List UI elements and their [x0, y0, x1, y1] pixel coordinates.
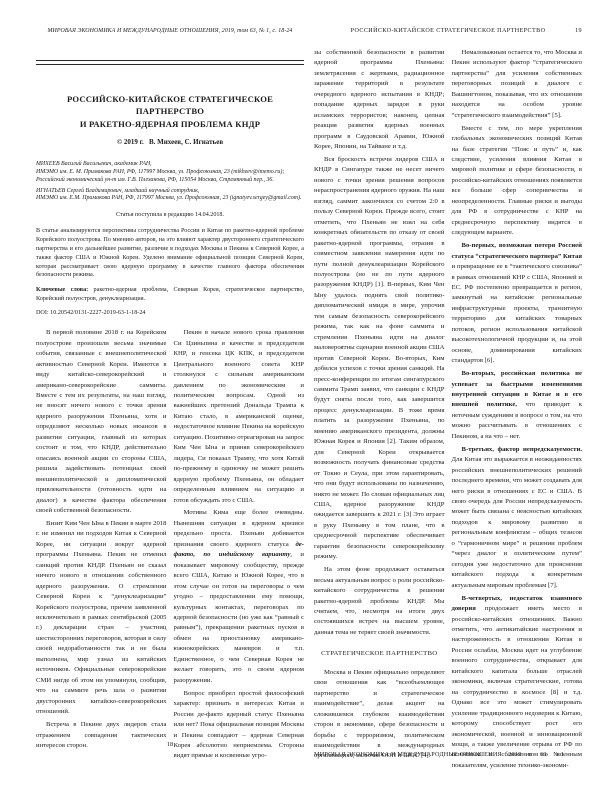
journal-running-head-left: МИРОВАЯ ЭКОНОМИКА И МЕЖДУНАРОДНЫЕ ОТНОШЕ… [36, 28, 304, 34]
body-text: Пекин в начале нового срока правления Си… [174, 329, 305, 503]
body-text: Вопрос приобрел простой философский хара… [174, 690, 305, 760]
paragraph: Вся броскость встречи лидеров США и КНДР… [314, 155, 445, 563]
paragraph: Москва и Пекин официально определяют сво… [314, 668, 445, 762]
article-byline: © 2019 г. В. Михеев, С. Игнатьев [36, 138, 304, 146]
affiliation-line: Российский экономический ун-т им. Г.В. П… [36, 177, 304, 185]
paragraph: Немаловажным остается то, что Москва и П… [452, 48, 583, 121]
article-title-line1: РОССИЙСКО-КИТАЙСКОЕ СТРАТЕГИЧЕСКОЕ ПАРТН… [67, 94, 273, 117]
body-text: Для Китая это выражается в неожиданностя… [452, 456, 583, 588]
page-19: РОССИЙСКО-КИТАЙСКОЕ СТРАТЕГИЧЕСКОЕ ПАРТН… [314, 28, 582, 778]
doi: DOI: 10.20542/0131-2227-2019-63-1-18-24 [36, 310, 304, 316]
body-text: Москва и Пекин официально определяют сво… [314, 669, 445, 760]
body-column-1: В первой половине 2018 г. на Корейском п… [36, 328, 167, 764]
keywords: Ключевые слова: ракетно-ядерная проблема… [36, 286, 304, 304]
emphasized-text: В-третьих, фактор непредсказуемости. [462, 446, 583, 453]
body-text: Вся броскость встречи лидеров США и КНДР… [314, 156, 445, 560]
body-columns-left-page: В первой половине 2018 г. на Корейском п… [36, 328, 304, 764]
received-date: Статья поступила в редакцию 14.04.2018. [36, 212, 304, 218]
article-title-line2: И РАКЕТНО-ЯДЕРНАЯ ПРОБЛЕМА КНДР [80, 119, 260, 129]
page-18: МИРОВАЯ ЭКОНОМИКА И МЕЖДУНАРОДНЫЕ ОТНОШЕ… [36, 28, 304, 778]
paragraph: В-четвертых, недостаток взаимного довери… [452, 594, 583, 772]
paragraph: Мотивы Кима еще более очевидны. Нынешняя… [174, 508, 305, 686]
header-rule [36, 60, 304, 65]
journal-footer: МИРОВАЯ ЭКОНОМИКА И МЕЖДУНАРОДНЫЕ ОТНОШЕ… [314, 751, 582, 758]
body-text: Немаловажным остается то, что Москва и П… [452, 49, 583, 119]
emphasized-text: Во-первых, возможная потеря Россией стат… [452, 242, 583, 259]
affiliation-line: ИМЭМО им. Е. М. Примакова РАН, РФ, 11799… [36, 169, 304, 177]
body-column-4: Немаловажным остается то, что Москва и П… [452, 48, 583, 774]
running-head-right: РОССИЙСКО-КИТАЙСКОЕ СТРАТЕГИЧЕСКОЕ ПАРТН… [314, 28, 582, 34]
body-text: Визит Ким Чен Ына в Пекин в марте 2018 г… [36, 520, 167, 715]
affiliation-line: МИХЕЕВ Василий Васильевич, академик РАН, [36, 161, 304, 169]
section-heading: СТРАТЕГИЧЕСКОЕ ПАРТНЕРСТВО [314, 649, 445, 659]
page-number-left: 18 [36, 741, 304, 748]
body-columns-right-page: зы собственной безопасности в развитии я… [314, 48, 582, 774]
paragraph: Визит Ким Чен Ына в Пекин в марте 2018 г… [36, 519, 167, 718]
paragraph: зы собственной безопасности в развитии я… [314, 48, 445, 153]
body-text: , и показывает мировому сообществу, преж… [174, 551, 305, 683]
body-text: зы собственной безопасности в развитии я… [314, 49, 445, 150]
body-text: Вместе с тем, по мере укрепления глобаль… [452, 125, 583, 237]
body-text: продолжает иметь место в российско-китай… [452, 605, 583, 769]
running-head-right-text: РОССИЙСКО-КИТАЙСКОЕ СТРАТЕГИЧЕСКОЕ ПАРТН… [351, 28, 546, 34]
paragraph: На этом фоне продолжает оставаться весьм… [314, 565, 445, 638]
paragraph: Во-вторых, российская политика не успева… [452, 369, 583, 442]
paragraph: Пекин в начале нового срока правления Си… [174, 328, 305, 506]
article-title: РОССИЙСКО-КИТАЙСКОЕ СТРАТЕГИЧЕСКОЕ ПАРТН… [40, 93, 300, 132]
abstract: В статье анализируются перспективы сотру… [36, 227, 304, 280]
paragraph: Вопрос приобрел простой философский хара… [174, 689, 305, 762]
body-column-3: зы собственной безопасности в развитии я… [314, 48, 445, 774]
author-affiliations: МИХЕЕВ Василий Васильевич, академик РАН,… [36, 161, 304, 203]
body-text: Мотивы Кима еще более очевидны. Нынешняя… [174, 509, 305, 547]
paragraph: Во-первых, возможная потеря Россией стат… [452, 241, 583, 366]
paragraph: Вместе с тем, по мере укрепления глобаль… [452, 124, 583, 239]
body-column-2: Пекин в начале нового срока правления Си… [174, 328, 305, 764]
journal-spread: МИРОВАЯ ЭКОНОМИКА И МЕЖДУНАРОДНЫЕ ОТНОШЕ… [0, 0, 600, 800]
keywords-label: Ключевые слова: [36, 287, 88, 293]
paragraph: В-третьих, фактор непредсказуемости. Для… [452, 445, 583, 591]
affiliation-line: ИМЭМО им. Е.М. Примакова РАН, РФ, 117997… [36, 195, 304, 203]
body-text: На этом фоне продолжает оставаться весьм… [314, 566, 445, 636]
body-text: и превращение ее в “тактического союзник… [452, 263, 583, 364]
page-number-right: 19 [575, 28, 582, 34]
paragraph: В первой половине 2018 г. на Корейском п… [36, 328, 167, 516]
body-text: В первой половине 2018 г. на Корейском п… [36, 329, 167, 514]
